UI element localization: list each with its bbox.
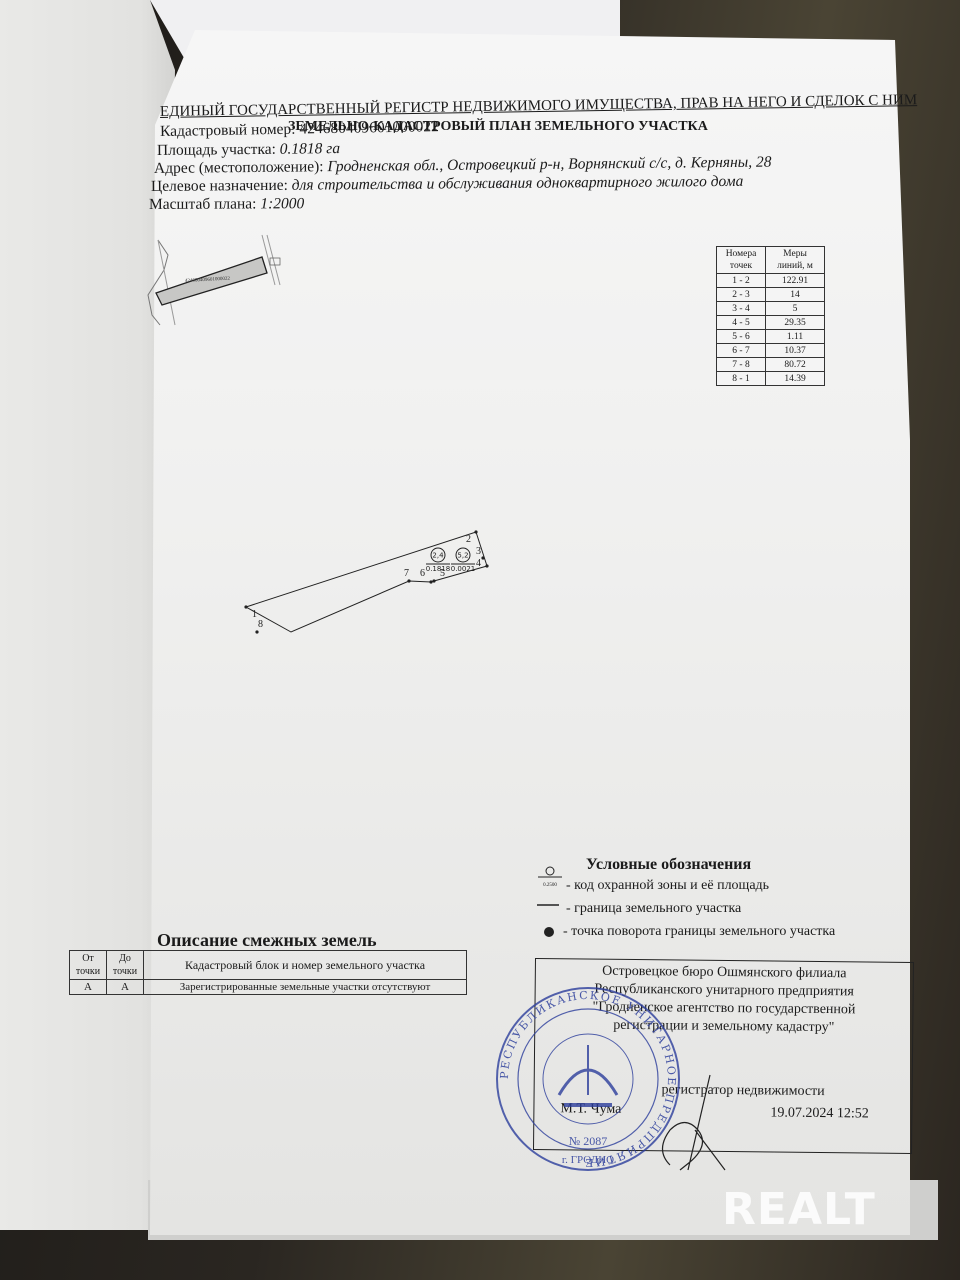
line-length-cell: 122.91: [766, 274, 825, 288]
from-point-cell: А: [70, 980, 107, 995]
address-label: Адрес (местоположение):: [154, 158, 328, 177]
svg-text:№ 2087: № 2087: [569, 1134, 607, 1148]
signature: [650, 1070, 730, 1180]
svg-text:г. ГРОДНО: г. ГРОДНО: [562, 1154, 614, 1166]
point-pair-cell: 7 - 8: [717, 358, 766, 372]
document-content: ЕДИНЫЙ ГОСУДАРСТВЕННЫЙ РЕГИСТР НЕДВИЖИМО…: [0, 0, 960, 1280]
org-line-1: Островецкое бюро Ошмянского филиала: [536, 963, 913, 983]
line-length-cell: 14.39: [766, 372, 825, 386]
table-row: 8 - 114.39: [717, 372, 825, 386]
legend-turn-point: - точка поворота границы земельного учас…: [563, 924, 835, 940]
boundary-point-label: 7: [404, 568, 409, 579]
header-lengths: Меры линий, м: [766, 247, 825, 274]
legend-boundary: - граница земельного участка: [566, 901, 741, 917]
line-lengths-table: Номера точек Меры линий, м 1 - 2122.912 …: [716, 246, 825, 386]
line-length-cell: 14: [766, 288, 825, 302]
point-pair-cell: 5 - 6: [717, 330, 766, 344]
address-value: Гродненская обл., Островецкий р-н, Ворня…: [327, 154, 771, 176]
zone-area: 0.0021: [451, 565, 476, 573]
boundary-point-label: 8: [258, 619, 263, 630]
line-length-cell: 5: [766, 302, 825, 316]
line-length-cell: 1.11: [766, 330, 825, 344]
header-from-point: От точки: [70, 951, 107, 980]
header-to-point: До точки: [107, 951, 144, 980]
point-pair-cell: 6 - 7: [717, 344, 766, 358]
table-row: 2 - 314: [717, 288, 825, 302]
table-row: 1 - 2122.91: [717, 274, 825, 288]
table-row: 7 - 880.72: [717, 358, 825, 372]
realt-watermark: REALT: [722, 1184, 876, 1235]
adjacent-lands-title: Описание смежных земель: [157, 930, 377, 951]
table-row: 4 - 529.35: [717, 316, 825, 330]
point-pair-cell: 2 - 3: [717, 288, 766, 302]
header-cadastral-block: Кадастровый блок и номер земельного учас…: [144, 951, 467, 980]
boundary-point-label: 1: [252, 609, 257, 620]
parcel-area: Площадь участка: 0.1818 га: [157, 140, 340, 160]
scale-value: 1:2000: [260, 195, 304, 212]
zone-code: 2,4: [432, 552, 444, 560]
boundary-line-legend-icon: [537, 900, 561, 910]
area-label: Площадь участка:: [157, 141, 280, 159]
cadastral-value: 424680409601000022: [299, 118, 439, 137]
purpose-label: Целевое назначение:: [151, 177, 292, 195]
purpose-value: для строительства и обслуживания одноква…: [292, 173, 744, 194]
to-point-cell: А: [107, 980, 144, 995]
point-pair-cell: 4 - 5: [717, 316, 766, 330]
point-pair-cell: 1 - 2: [717, 274, 766, 288]
registration-datetime: 19.07.2024 12:52: [770, 1105, 869, 1122]
svg-text:0.2500: 0.2500: [543, 883, 557, 888]
line-length-cell: 80.72: [766, 358, 825, 372]
table-row: А А Зарегистрированные земельные участки…: [70, 980, 467, 995]
adjacent-lands-table: От точки До точки Кадастровый блок и ном…: [69, 950, 467, 995]
boundary-point-label: 6: [420, 568, 425, 579]
description-cell: Зарегистрированные земельные участки отс…: [144, 980, 467, 995]
table-row: 5 - 61.11: [717, 330, 825, 344]
turn-point-legend-icon: [542, 925, 556, 939]
boundary-point-label: 2: [466, 534, 471, 545]
legend-title: Условные обозначения: [586, 856, 751, 874]
point-pair-cell: 8 - 1: [717, 372, 766, 386]
scale-label: Масштаб плана:: [149, 195, 260, 213]
registry-title: ЕДИНЫЙ ГОСУДАРСТВЕННЫЙ РЕГИСТР НЕДВИЖИМО…: [160, 92, 917, 121]
boundary-point-label: 3: [476, 546, 481, 557]
parcel-plan: 12345678 2,40.18185,20.0021: [240, 525, 500, 640]
point-pair-cell: 3 - 4: [717, 302, 766, 316]
boundary-point-label: 4: [476, 558, 481, 569]
plan-scale: Масштаб плана: 1:2000: [149, 195, 304, 214]
zone-code-legend-icon: 0.2500: [537, 865, 563, 895]
header-points: Номера точек: [717, 247, 766, 274]
overview-map: 424680409601000022: [140, 230, 300, 340]
line-length-cell: 10.37: [766, 344, 825, 358]
zone-code: 5,2: [457, 552, 468, 560]
line-length-cell: 29.35: [766, 316, 825, 330]
legend-zone-code: - код охранной зоны и её площадь: [566, 878, 769, 894]
parcel-purpose: Целевое назначение: для строительства и …: [151, 173, 743, 196]
area-value: 0.1818 га: [280, 140, 340, 158]
cadastral-number: Кадастровый номер: 424680409601000022: [160, 118, 439, 141]
table-row: 3 - 45: [717, 302, 825, 316]
zone-area: 0.1818: [426, 565, 451, 573]
cadastral-label: Кадастровый номер:: [160, 121, 300, 140]
table-row: 6 - 710.37: [717, 344, 825, 358]
